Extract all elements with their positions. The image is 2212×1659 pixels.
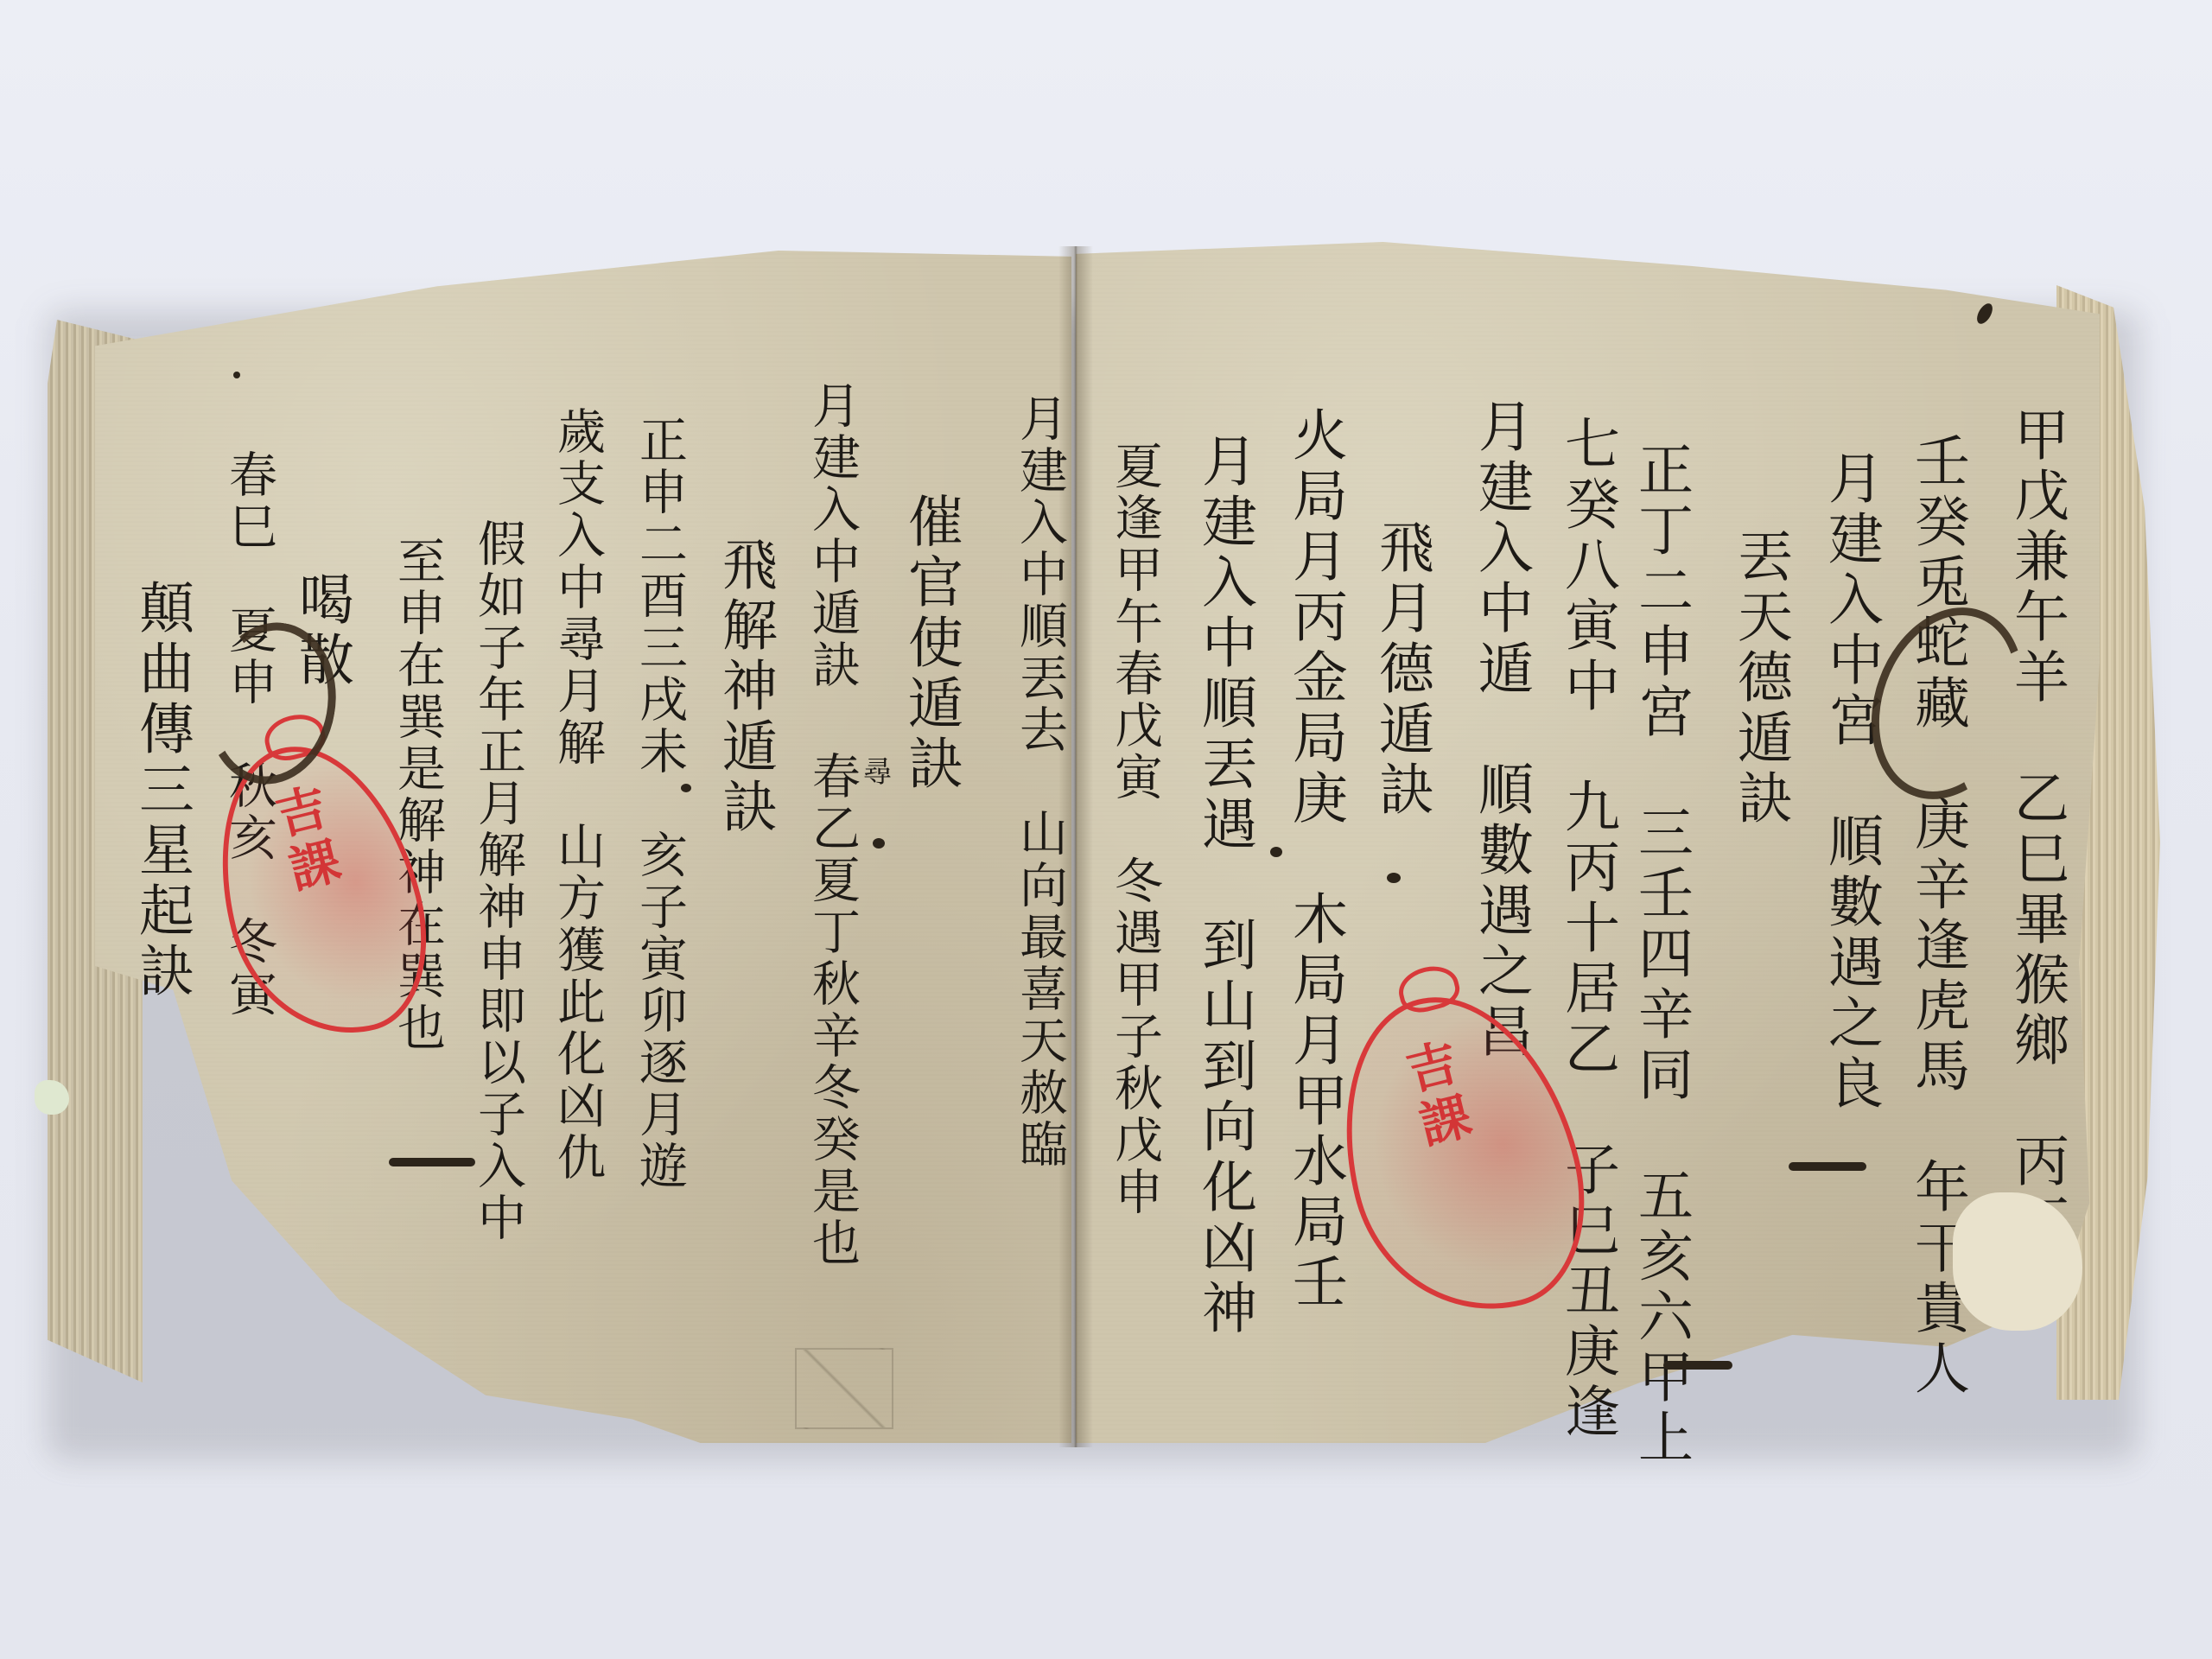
right-col-7: 月建入中遁 順數遇之昌 — [1473, 397, 1529, 1063]
left-col-2: 催官使遁訣 — [903, 493, 958, 795]
right-col-11: 夏逢甲午春戊寅 冬遇甲子秋戊申 — [1110, 441, 1159, 1218]
seal-text-right: 吉課 — [1387, 1033, 1484, 1159]
wormhole — [873, 838, 885, 849]
paper-crease — [795, 1348, 893, 1429]
wormhole-track — [1789, 1162, 1866, 1171]
right-col-10: 月建入中順丟遇 到山到向化凶神 — [1197, 432, 1252, 1339]
right-col-9: 火局月丙金局庚 木局月甲水局壬 — [1287, 406, 1343, 1313]
wormhole — [1270, 847, 1282, 857]
left-col-3: 月建入中遁訣 春乙夏丁秋辛冬癸是也 — [808, 380, 856, 1269]
wormhole — [233, 372, 240, 378]
margin-note: 尋 — [860, 756, 889, 787]
photo-scene: 甲戊兼午羊 乙巳畢猴鄉 丙丁 壬癸兎蛇藏 庚辛逢虎馬 年干貴人 月建入中宮 順數… — [0, 0, 2212, 1659]
right-col-1: 甲戊兼午羊 乙巳畢猴鄉 丙丁 — [2009, 406, 2064, 1253]
wormhole — [681, 784, 691, 792]
paper-fragment — [35, 1080, 69, 1115]
right-col-3: 月建入中宮 順數遇之良 — [1823, 449, 1878, 1115]
wormhole-track — [389, 1158, 475, 1166]
right-col-6: 七癸八寅中 九丙十居乙 子巳丑庚逢 — [1560, 415, 1615, 1443]
left-col-4: 飛解神遁訣 — [717, 536, 772, 838]
left-col-7: 假如子年正月解神申即以子入中 — [474, 518, 522, 1244]
right-col-5: 正丁二申宮 三壬四辛同 五亥六甲上 — [1633, 441, 1688, 1469]
right-col-8: 飛月德遁訣 — [1374, 518, 1429, 821]
left-col-6: 歲支入中尋月解 山方獲此化凶仇 — [553, 406, 601, 1184]
left-col-1: 月建入中順丟去 山向最喜天赦臨 — [1015, 393, 1064, 1171]
left-col-11: 顛曲傳三星起訣 — [134, 579, 189, 1002]
left-col-5: 正申二酉三戌未 亥子寅卯逐月遊 — [635, 415, 683, 1192]
right-col-4: 丟天德遁訣 — [1732, 527, 1788, 829]
wormhole — [1387, 873, 1401, 883]
seal-text-left: 吉課 — [256, 778, 353, 903]
wormhole-track — [1663, 1361, 1732, 1370]
